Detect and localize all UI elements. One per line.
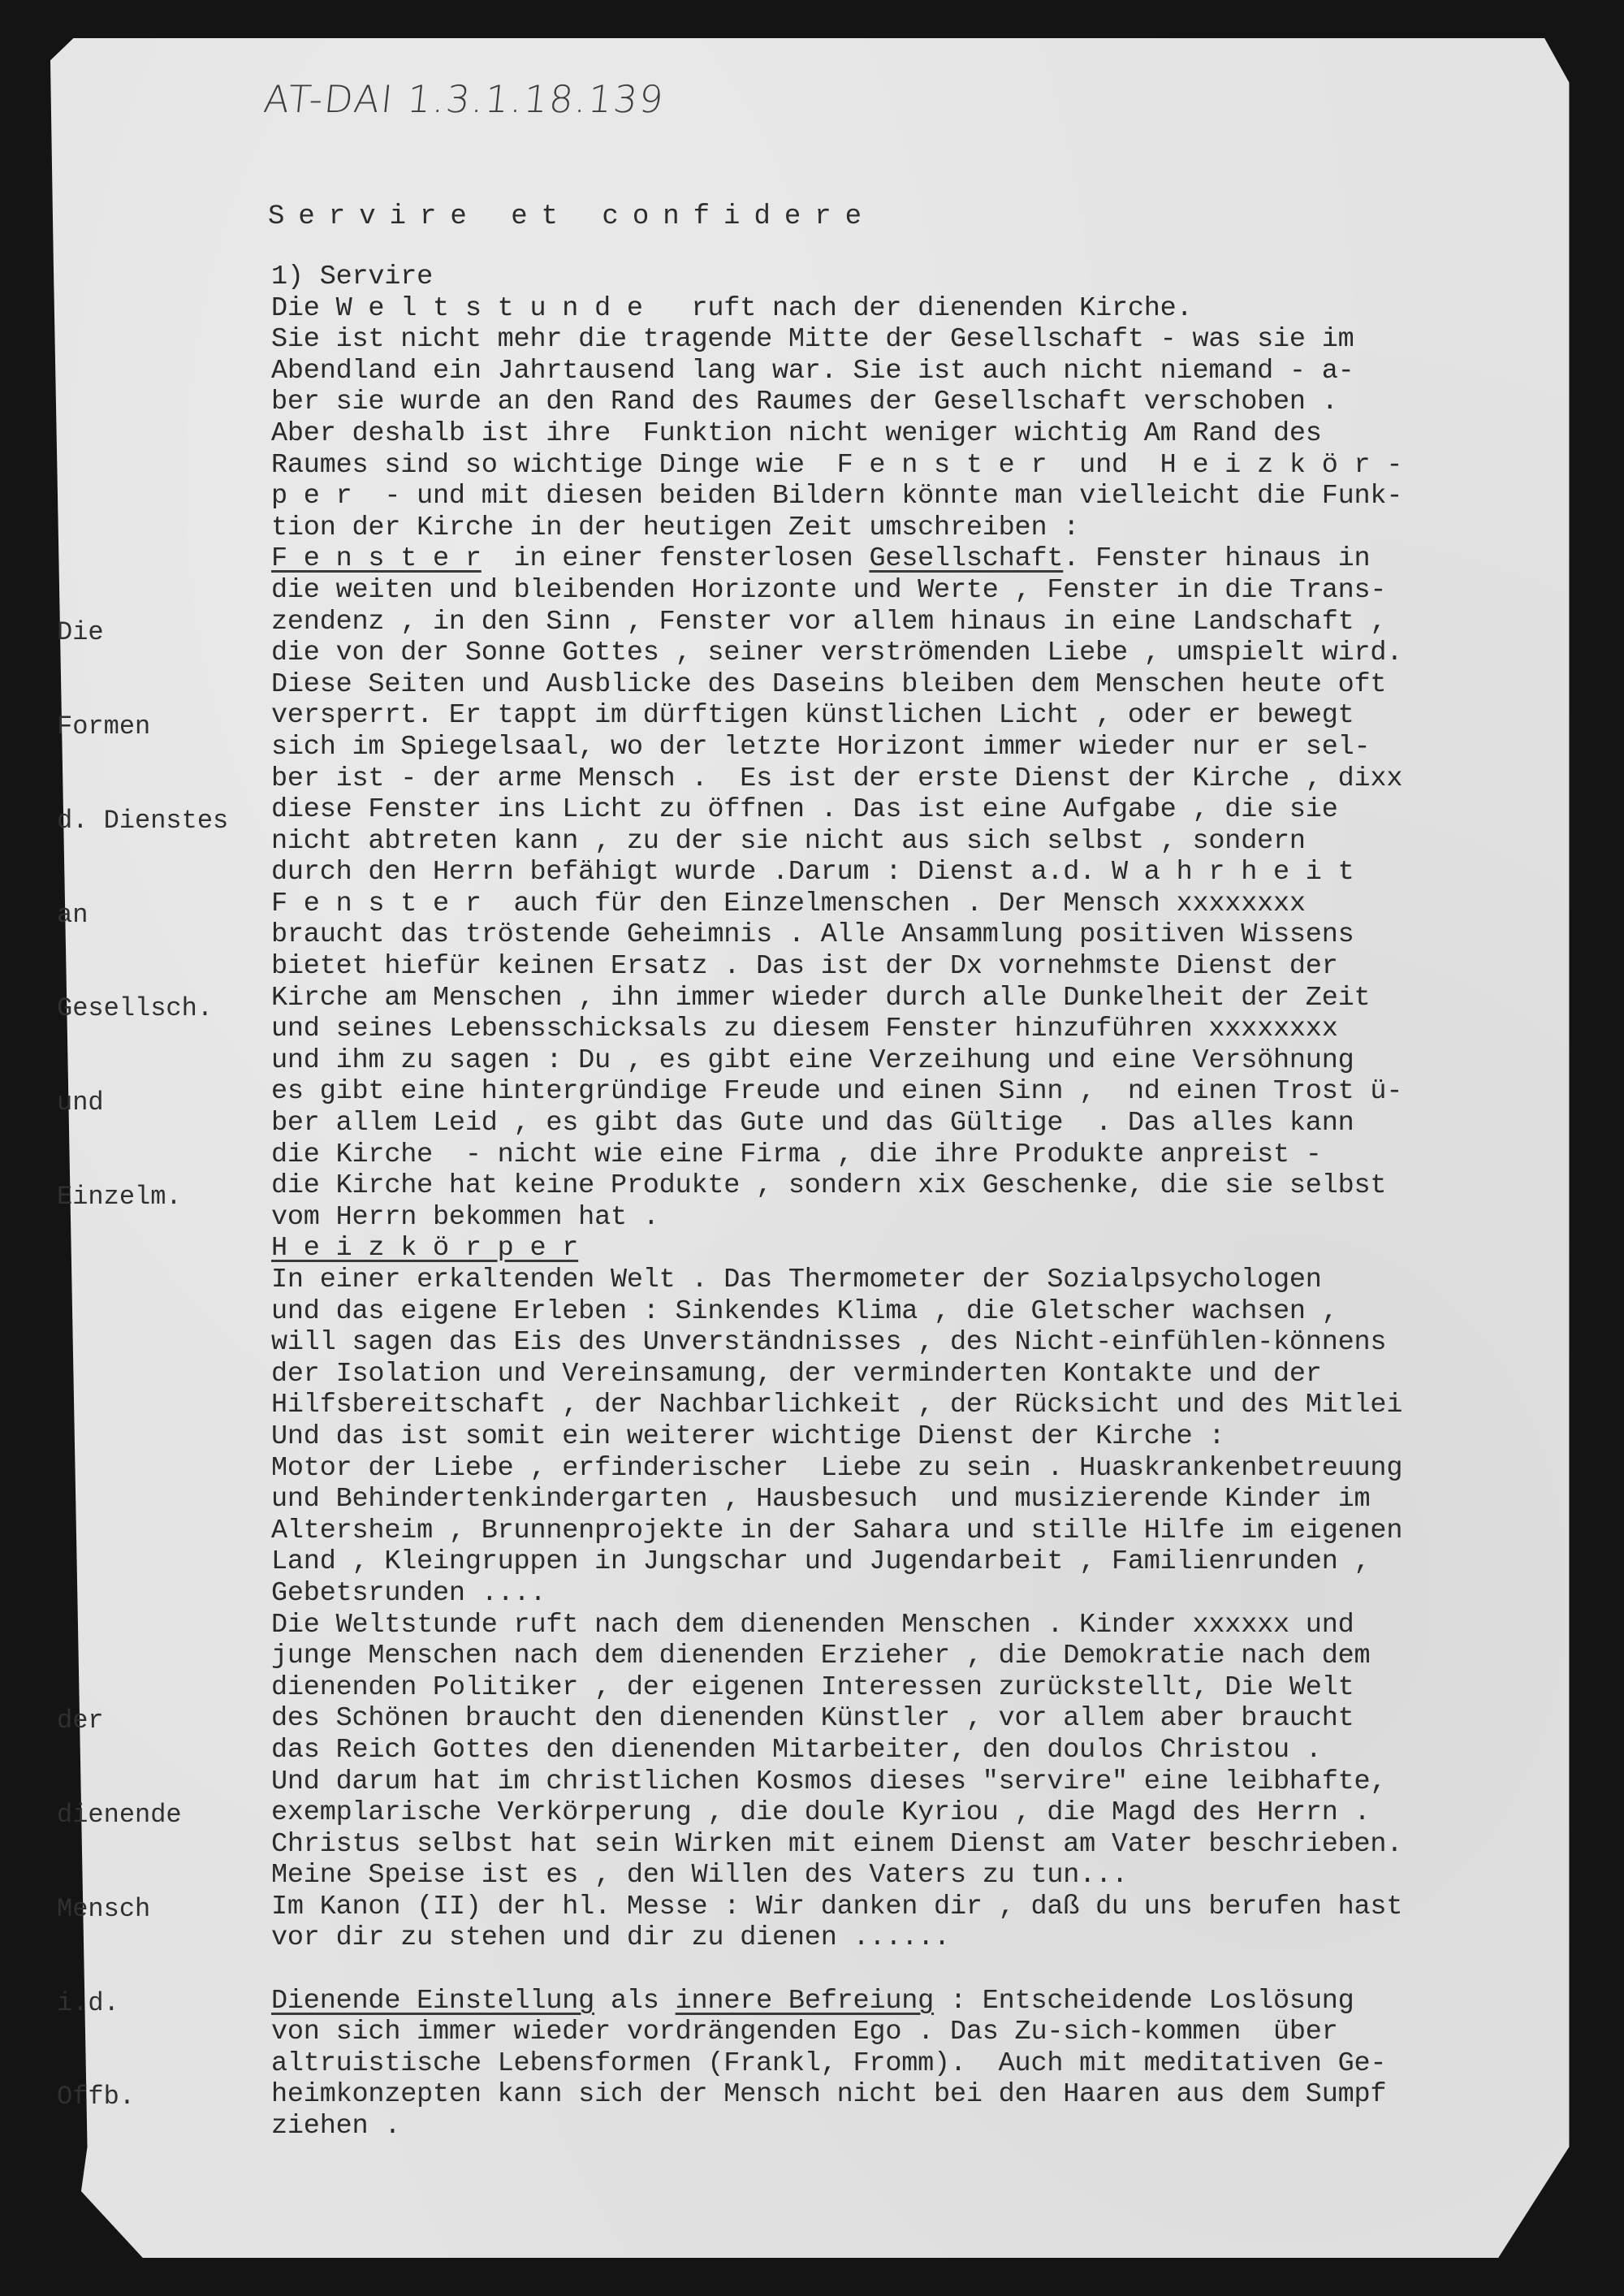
text-line: die Kirche hat keine Produkte , sondern …	[271, 1170, 1603, 1202]
text-line: Kirche am Menschen , ihn immer wieder du…	[271, 983, 1603, 1014]
text-line: exemplarische Verkörperung , die doule K…	[271, 1797, 1603, 1829]
text-line: Diese Seiten und Ausblicke des Daseins b…	[271, 669, 1603, 701]
text-line: dienenden Politiker , der eigenen Intere…	[271, 1672, 1603, 1704]
heizkoerper-heading-line: H e i z k ö r p e r	[271, 1233, 1603, 1265]
text-line: nicht abtreten kann , zu der sie nicht a…	[271, 826, 1603, 858]
text-line: Und das ist somit ein weiterer wichtige …	[271, 1421, 1603, 1453]
text-line: der Isolation und Vereinsamung, der verm…	[271, 1359, 1603, 1390]
margin-note-line: der	[57, 1706, 182, 1737]
paragraph-gap	[271, 1954, 1603, 1986]
text-line: zendenz , in den Sinn , Fenster vor alle…	[271, 607, 1603, 638]
text-line: durch den Herrn befähigt wurde .Darum : …	[271, 857, 1603, 889]
text-line: Abendland ein Jahrtausend lang war. Sie …	[271, 356, 1603, 387]
text-line: des Schönen braucht den dienenden Künstl…	[271, 1703, 1603, 1735]
underlined-phrase: Dienende Einstellung	[271, 1986, 594, 2017]
text-line: Motor der Liebe , erfinderischer Liebe z…	[271, 1453, 1603, 1485]
archive-reference-handwritten: AT-DAI 1.3.1.18.139	[261, 77, 667, 121]
text-line: Raumes sind so wichtige Dinge wie F e n …	[271, 450, 1603, 482]
text-line: Aber deshalb ist ihre Funktion nicht wen…	[271, 418, 1603, 450]
text-line: Meine Speise ist es , den Willen des Vat…	[271, 1860, 1603, 1892]
text-line: braucht das tröstende Geheimnis . Alle A…	[271, 919, 1603, 951]
text-line: die Kirche - nicht wie eine Firma , die …	[271, 1139, 1603, 1171]
text-line: F e n s t e r auch für den Einzelmensche…	[271, 889, 1603, 920]
margin-note-line: an	[57, 900, 228, 932]
text-line: bietet hiefür keinen Ersatz . Das ist de…	[271, 951, 1603, 983]
text-line: tion der Kirche in der heutigen Zeit ums…	[271, 512, 1603, 544]
text-line: Land , Kleingruppen in Jungschar und Jug…	[271, 1546, 1603, 1578]
text-line: Und darum hat im christlichen Kosmos die…	[271, 1766, 1603, 1798]
fenster-first-line: F e n s t e r in einer fensterlosen Gese…	[271, 543, 1603, 575]
text-line: und Behindertenkindergarten , Hausbesuch…	[271, 1484, 1603, 1516]
text-line: altruistische Lebensformen (Frankl, From…	[271, 2048, 1603, 2080]
text-line: Gebetsrunden ....	[271, 1578, 1603, 1610]
text-line: versperrt. Er tappt im dürftigen künstli…	[271, 700, 1603, 732]
margin-note-line: Einzelm.	[57, 1182, 228, 1213]
text-line: Christus selbst hat sein Wirken mit eine…	[271, 1829, 1603, 1861]
margin-note-line: Gesellsch.	[57, 993, 228, 1025]
text-line: sich im Spiegelsaal, wo der letzte Horiz…	[271, 732, 1603, 763]
text-line: Altersheim , Brunnenprojekte in der Saha…	[271, 1516, 1603, 1547]
text-line: vom Herrn bekommen hat .	[271, 1202, 1603, 1234]
margin-note-line: Offb.	[57, 2082, 182, 2113]
text-line: junge Menschen nach dem dienenden Erzieh…	[271, 1641, 1603, 1672]
margin-note-line: und	[57, 1087, 228, 1119]
einstellung-heading-line: Dienende Einstellung als innere Befreiun…	[271, 1986, 1603, 2017]
text-line: und das eigene Erleben : Sinkendes Klima…	[271, 1296, 1603, 1328]
text-line: p e r - und mit diesen beiden Bildern kö…	[271, 481, 1603, 512]
text-line: will sagen das Eis des Unverständnisses …	[271, 1327, 1603, 1359]
text-line: heimkonzepten kann sich der Mensch nicht…	[271, 2079, 1603, 2111]
text-line: vor dir zu stehen und dir zu dienen ....…	[271, 1922, 1603, 1954]
margin-note-dienende-mensch: der dienende Mensch i.d. Offb.	[57, 1643, 182, 2145]
text-line: ber ist - der arme Mensch . Es ist der e…	[271, 763, 1603, 795]
underlined-phrase: innere Befreiung	[676, 1986, 934, 2017]
document-title: Servire et confidere	[268, 201, 875, 232]
text-line: Hilfsbereitschaft , der Nachbarlichkeit …	[271, 1390, 1603, 1421]
text-line: die von der Sonne Gottes , seiner verstr…	[271, 638, 1603, 669]
text-line: und seines Lebensschicksals zu diesem Fe…	[271, 1014, 1603, 1045]
margin-note-line: Die	[57, 617, 228, 649]
text-line: das Reich Gottes den dienenden Mitarbeit…	[271, 1735, 1603, 1766]
margin-note-line: i.d.	[57, 1988, 182, 2020]
text-line: von sich immer wieder vordrängenden Ego …	[271, 2017, 1603, 2048]
margin-note-line: Formen	[57, 711, 228, 743]
text-line: In einer erkaltenden Welt . Das Thermome…	[271, 1265, 1603, 1296]
text-line: die weiten und bleibenden Horizonte und …	[271, 575, 1603, 607]
margin-note-line: Mensch	[57, 1894, 182, 1926]
text-line: ziehen .	[271, 2111, 1603, 2143]
text-line: ber allem Leid , es gibt das Gute und da…	[271, 1108, 1603, 1139]
text-line: diese Fenster ins Licht zu öffnen . Das …	[271, 794, 1603, 826]
document-body: 1) Servire Die W e l t s t u n d e ruft …	[271, 262, 1603, 2143]
section-heading-fenster: F e n s t e r	[271, 543, 482, 574]
margin-note-line: d. Dienstes	[57, 806, 228, 837]
text-line: Die Weltstunde ruft nach dem dienenden M…	[271, 1610, 1603, 1641]
text-line: ber sie wurde an den Rand des Raumes der…	[271, 387, 1603, 418]
margin-note-line: dienende	[57, 1800, 182, 1831]
text-line: Sie ist nicht mehr die tragende Mitte de…	[271, 324, 1603, 356]
text-line: Die W e l t s t u n d e ruft nach der di…	[271, 293, 1603, 325]
section-heading-servire: 1) Servire	[271, 262, 1603, 293]
section-heading-heizkoerper: H e i z k ö r p e r	[271, 1233, 578, 1264]
underlined-word: Gesellschaft	[869, 543, 1063, 574]
text-line: und ihm zu sagen : Du , es gibt eine Ver…	[271, 1045, 1603, 1077]
text-line: es gibt eine hintergründige Freude und e…	[271, 1076, 1603, 1108]
text-line: Im Kanon (II) der hl. Messe : Wir danken…	[271, 1892, 1603, 1923]
margin-note-formen-des-dienstes: Die Formen d. Dienstes an Gesellsch. und…	[57, 555, 228, 1244]
